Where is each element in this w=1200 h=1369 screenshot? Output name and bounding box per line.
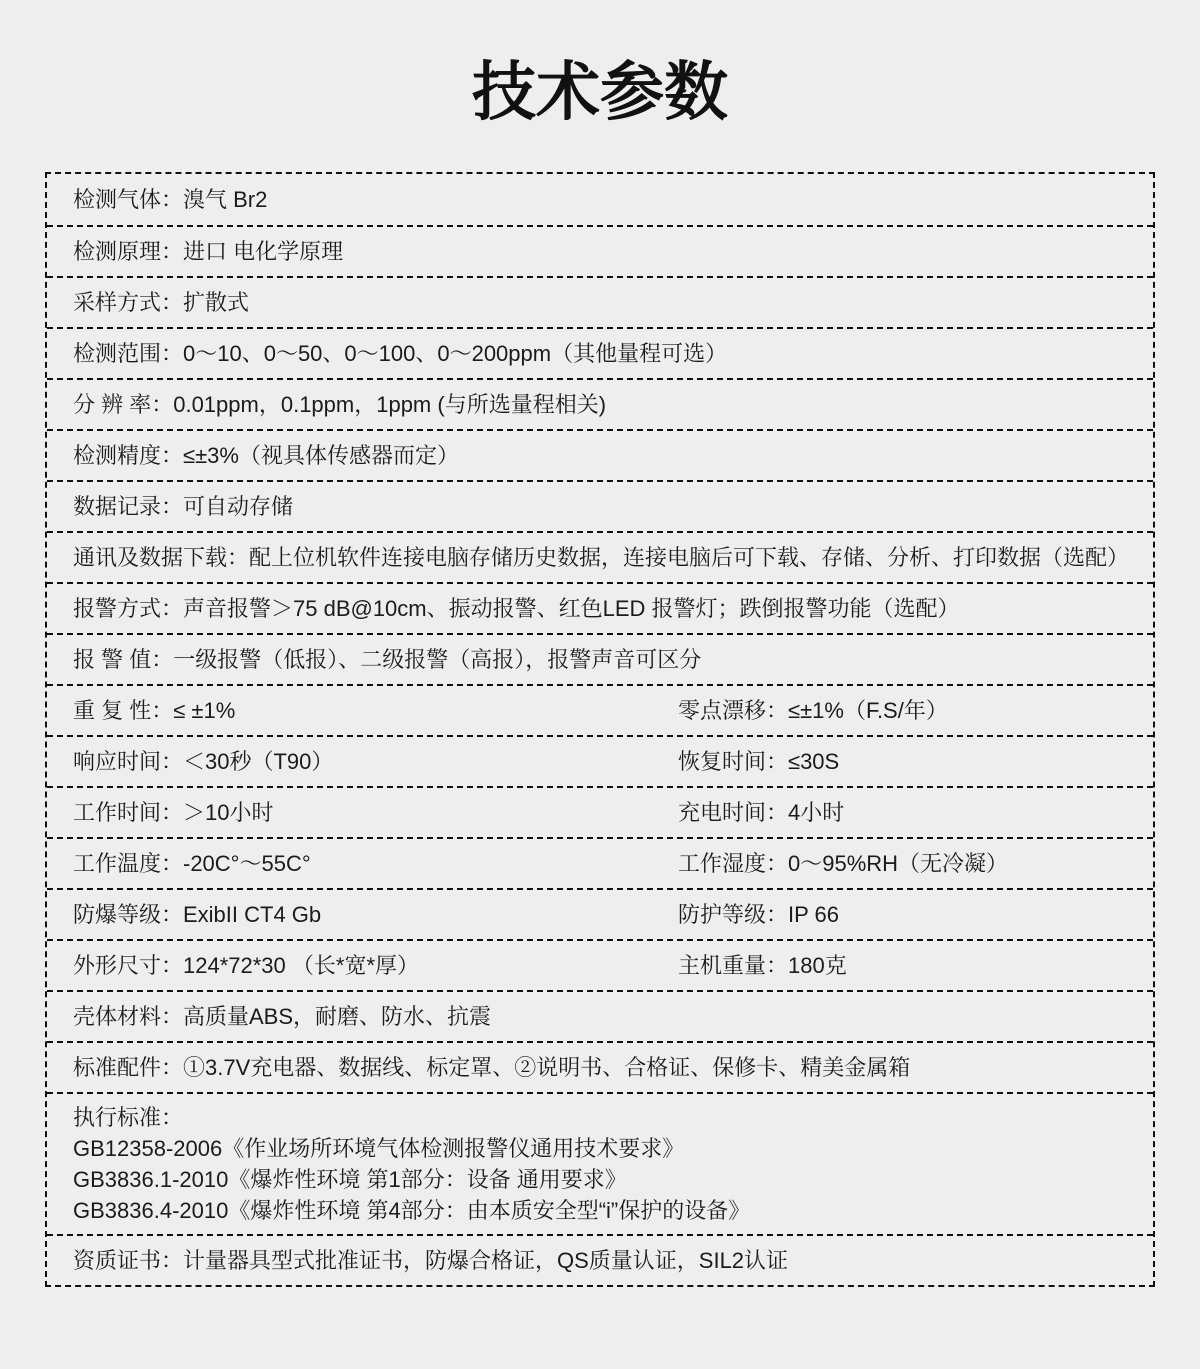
spec-row-dimensions-weight: 外形尺寸：124*72*30 （长*宽*厚） 主机重量：180克	[47, 939, 1153, 990]
spec-text-right: 恢复时间：≤30S	[678, 748, 839, 776]
spec-text-left: 响应时间：＜30秒（T90）	[73, 748, 333, 776]
spec-text: 标准配件：①3.7V充电器、数据线、标定罩、②说明书、合格证、保修卡、精美金属箱	[73, 1054, 910, 1082]
spec-row-certificates: 资质证书：计量器具型式批准证书，防爆合格证，QS质量认证，SIL2认证	[47, 1234, 1153, 1285]
spec-text: 通讯及数据下载：配上位机软件连接电脑存储历史数据，连接电脑后可下载、存储、分析、…	[73, 544, 1129, 572]
spec-text-right: 充电时间：4小时	[678, 799, 844, 827]
spec-row-temperature-humidity: 工作温度：-20C°～55C° 工作湿度：0～95%RH（无冷凝）	[47, 837, 1153, 888]
spec-row-range: 检测范围：0～10、0～50、0～100、0～200ppm（其他量程可选）	[47, 327, 1153, 378]
spec-row-repeatability-drift: 重 复 性：≤ ±1% 零点漂移：≤±1%（F.S/年）	[47, 684, 1153, 735]
spec-text: 检测精度：≤±3%（视具体传感器而定）	[73, 442, 459, 470]
page-title: 技术参数	[0, 0, 1200, 132]
spec-text-left: 工作温度：-20C°～55C°	[73, 850, 311, 878]
spec-row-resolution: 分 辨 率：0.01ppm，0.1ppm，1ppm (与所选量程相关)	[47, 378, 1153, 429]
spec-text-right: 防护等级：IP 66	[678, 901, 839, 929]
spec-text: 检测气体：溴气 Br2	[73, 186, 267, 214]
spec-table: 检测气体：溴气 Br2 检测原理：进口 电化学原理 采样方式：扩散式 检测范围：…	[45, 172, 1155, 1287]
spec-text: 壳体材料：高质量ABS，耐磨、防水、抗震	[73, 1003, 491, 1031]
spec-row-standards: 执行标准： GB12358-2006《作业场所环境气体检测报警仪通用技术要求》 …	[47, 1092, 1153, 1234]
standards-heading: 执行标准：	[73, 1102, 1143, 1133]
spec-text: 报 警 值：一级报警（低报）、二级报警（高报），报警声音可区分	[73, 646, 701, 674]
spec-row-worktime-charge: 工作时间：＞10小时 充电时间：4小时	[47, 786, 1153, 837]
spec-row-alarm-mode: 报警方式：声音报警＞75 dB@10cm、振动报警、红色LED 报警灯；跌倒报警…	[47, 582, 1153, 633]
spec-row-accessories: 标准配件：①3.7V充电器、数据线、标定罩、②说明书、合格证、保修卡、精美金属箱	[47, 1041, 1153, 1092]
spec-row-gas: 检测气体：溴气 Br2	[47, 174, 1153, 225]
spec-row-sampling: 采样方式：扩散式	[47, 276, 1153, 327]
spec-row-response-recovery: 响应时间：＜30秒（T90） 恢复时间：≤30S	[47, 735, 1153, 786]
spec-text: 资质证书：计量器具型式批准证书，防爆合格证，QS质量认证，SIL2认证	[73, 1247, 788, 1275]
spec-text-right: 主机重量：180克	[678, 952, 847, 980]
standards-line-gb3836-1: GB3836.1-2010《爆炸性环境 第1部分：设备 通用要求》	[73, 1164, 1143, 1195]
spec-row-alarm-value: 报 警 值：一级报警（低报）、二级报警（高报），报警声音可区分	[47, 633, 1153, 684]
spec-row-communication: 通讯及数据下载：配上位机软件连接电脑存储历史数据，连接电脑后可下载、存储、分析、…	[47, 531, 1153, 582]
spec-text: 检测范围：0～10、0～50、0～100、0～200ppm（其他量程可选）	[73, 340, 727, 368]
spec-row-principle: 检测原理：进口 电化学原理	[47, 225, 1153, 276]
spec-row-housing: 壳体材料：高质量ABS，耐磨、防水、抗震	[47, 990, 1153, 1041]
spec-text: 分 辨 率：0.01ppm，0.1ppm，1ppm (与所选量程相关)	[73, 391, 606, 419]
spec-text: 检测原理：进口 电化学原理	[73, 238, 343, 266]
standards-line-gb3836-4: GB3836.4-2010《爆炸性环境 第4部分：由本质安全型“i”保护的设备》	[73, 1195, 1143, 1226]
spec-row-accuracy: 检测精度：≤±3%（视具体传感器而定）	[47, 429, 1153, 480]
spec-text: 采样方式：扩散式	[73, 289, 249, 317]
spec-text-left: 防爆等级：ExibII CT4 Gb	[73, 901, 321, 929]
spec-text-left: 外形尺寸：124*72*30 （长*宽*厚）	[73, 952, 419, 980]
spec-text-right: 零点漂移：≤±1%（F.S/年）	[678, 697, 948, 725]
standards-line-gb12358: GB12358-2006《作业场所环境气体检测报警仪通用技术要求》	[73, 1133, 1143, 1164]
spec-text: 报警方式：声音报警＞75 dB@10cm、振动报警、红色LED 报警灯；跌倒报警…	[73, 595, 960, 623]
spec-text-left: 工作时间：＞10小时	[73, 799, 273, 827]
spec-text-left: 重 复 性：≤ ±1%	[73, 697, 235, 725]
spec-text-right: 工作湿度：0～95%RH（无冷凝）	[678, 850, 1008, 878]
spec-row-explosionproof-ip: 防爆等级：ExibII CT4 Gb 防护等级：IP 66	[47, 888, 1153, 939]
spec-row-data-logging: 数据记录：可自动存储	[47, 480, 1153, 531]
spec-text: 数据记录：可自动存储	[73, 493, 293, 521]
